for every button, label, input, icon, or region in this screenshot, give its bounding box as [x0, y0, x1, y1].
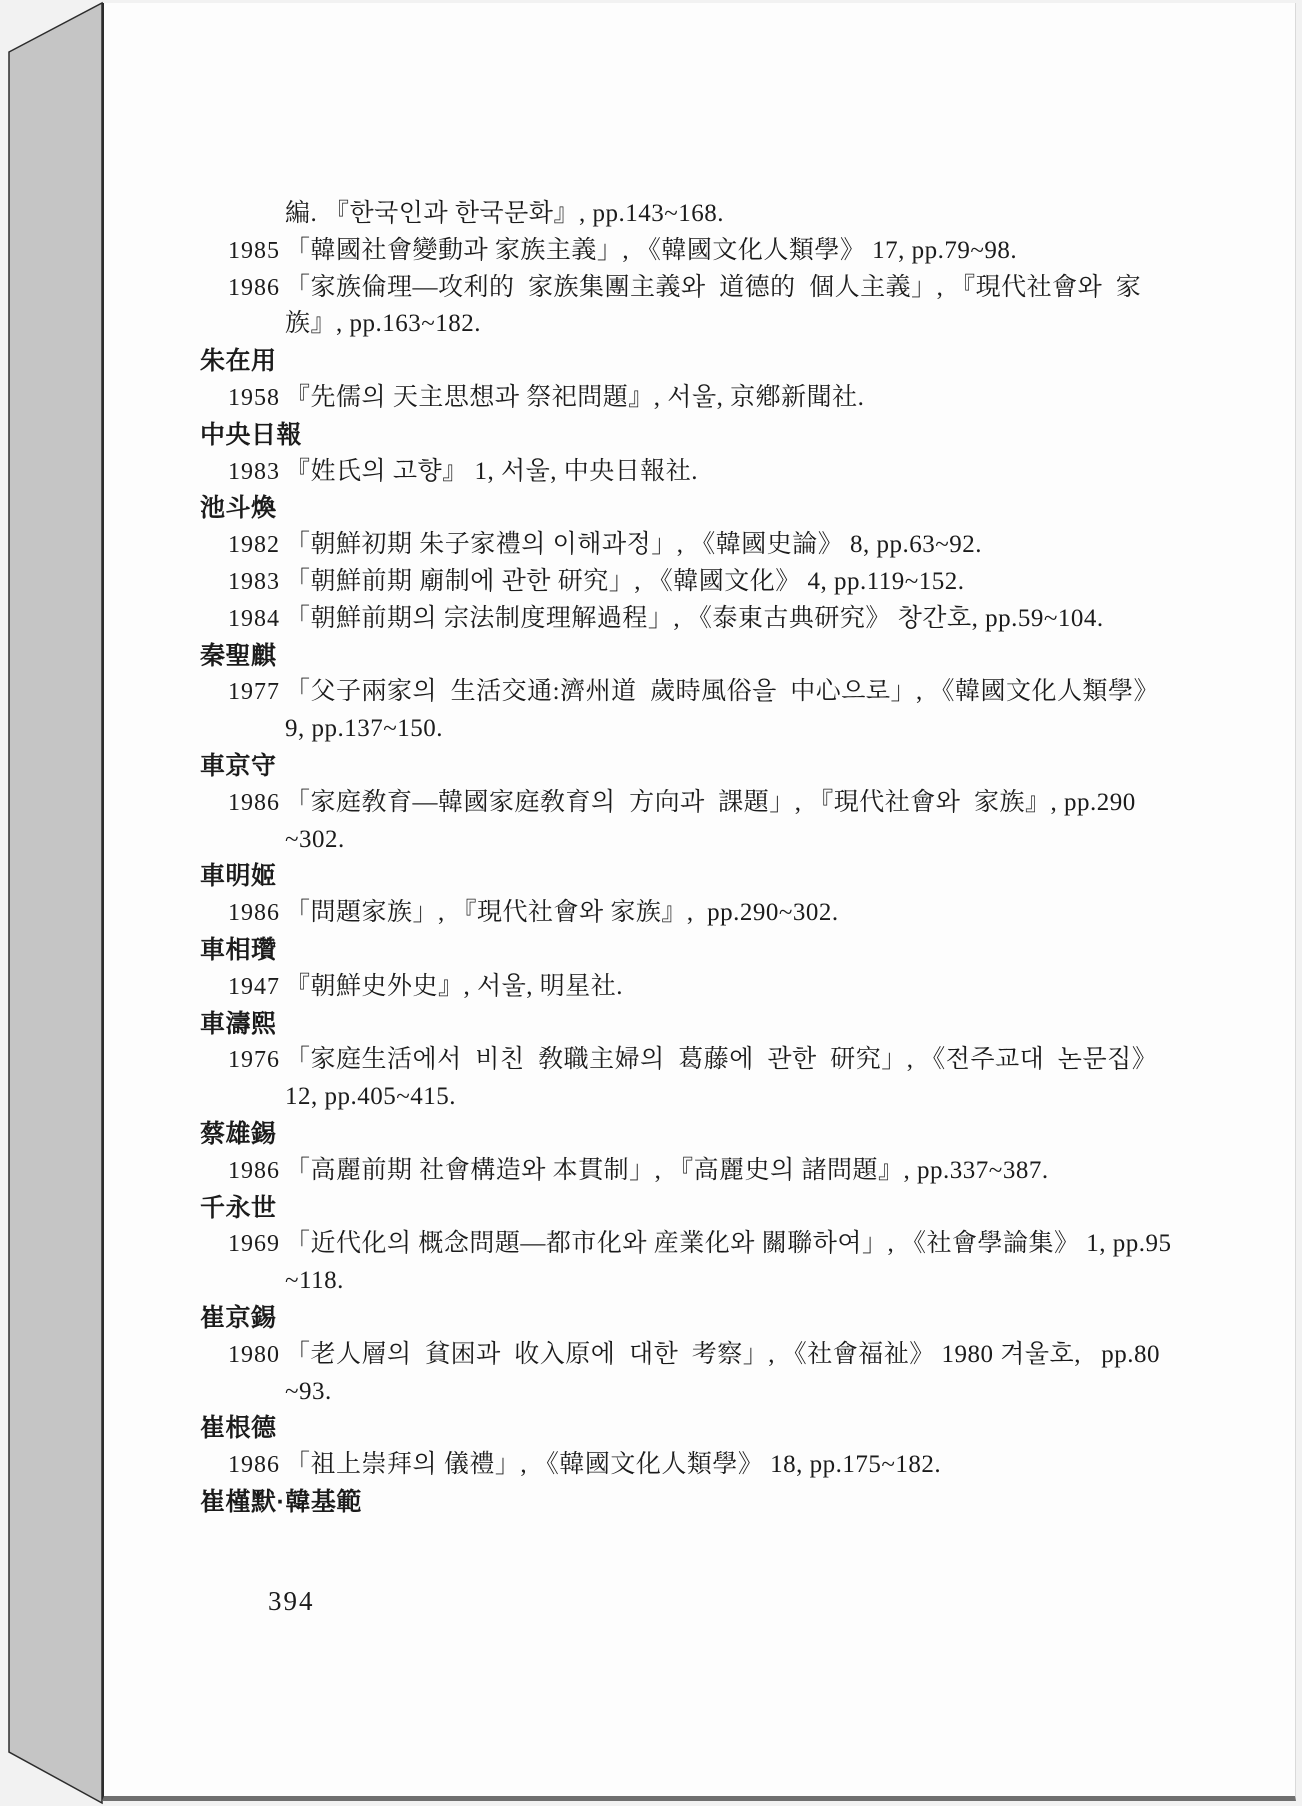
author-section-header: 中央日報: [200, 417, 1210, 454]
author-name: 車濤熙: [200, 1010, 277, 1038]
entry-year: 1958: [228, 380, 285, 417]
entry-year: 1986: [228, 270, 285, 307]
entry-text: 「朝鮮前期 廟制에 관한 研究」, 《韓國文化》 4, pp.119~152.: [285, 568, 965, 595]
bibliography-line: 1983『姓氏의 고향』 1, 서울, 中央日報社.: [200, 454, 1210, 491]
entry-text: 「祖上崇拜의 儀禮」, 《韓國文化人類學》 18, pp.175~182.: [285, 1451, 941, 1478]
entry-year: 1976: [228, 1042, 285, 1079]
author-name: 崔槿默·韓基範: [200, 1488, 362, 1516]
author-section-header: 崔槿默·韓基範: [200, 1484, 1210, 1521]
bibliography-line: ~302.: [200, 822, 1210, 859]
author-name: 蔡雄錫: [200, 1120, 277, 1148]
entry-text-continuation: ~93.: [285, 1378, 332, 1405]
author-name: 中央日報: [200, 421, 302, 449]
entry-text: 『姓氏의 고향』 1, 서울, 中央日報社.: [285, 458, 698, 485]
entry-text: 「老人層의 貧困과 收入原에 대한 考察」, 《社會福祉》 1980 겨울호, …: [285, 1341, 1160, 1368]
entry-year: 1986: [228, 785, 285, 822]
entry-text: 「問題家族」, 『現代社會와 家族』, pp.290~302.: [285, 899, 839, 926]
entry-text-continuation: ~302.: [285, 826, 345, 853]
bibliography-line: 1986「高麗前期 社會構造와 本貫制」, 『高麗史의 諸問題』, pp.337…: [200, 1153, 1210, 1190]
bibliography-line: ~93.: [200, 1374, 1210, 1411]
entry-year: 1986: [228, 1153, 285, 1190]
entry-year: 1980: [228, 1337, 285, 1374]
entry-text-continuation: 編. 『한국인과 한국문화』, pp.143~168.: [285, 200, 724, 227]
entry-year: 1985: [228, 233, 285, 270]
author-section-header: 池斗煥: [200, 490, 1210, 527]
book-page: 編. 『한국인과 한국문화』, pp.143~168.1985「韓國社會變動과 …: [102, 3, 1296, 1801]
author-name: 車相瓚: [200, 936, 277, 964]
entry-text: 「家庭生活에서 비친 敎職主婦의 葛藤에 관한 研究」, 《전주교대 논문집》: [285, 1046, 1157, 1073]
bibliography-lines: 編. 『한국인과 한국문화』, pp.143~168.1985「韓國社會變動과 …: [200, 196, 1210, 1521]
bibliography-line: 1986「家庭敎育—韓國家庭敎育의 方向과 課題」, 『現代社會와 家族』, p…: [200, 785, 1210, 822]
entry-text: 『先儒의 天主思想과 祭祀問題』, 서울, 京鄕新聞社.: [285, 384, 864, 411]
entry-text: 「高麗前期 社會構造와 本貫制」, 『高麗史의 諸問題』, pp.337~387…: [285, 1157, 1049, 1184]
entry-year: 1947: [228, 969, 285, 1006]
bibliography-line: 族』, pp.163~182.: [200, 306, 1210, 343]
author-name: 朱在用: [200, 347, 277, 375]
bibliography-line: 1969「近代化의 概念問題—都市化와 産業化와 關聯하여」, 《社會學論集》 …: [200, 1226, 1210, 1263]
entry-text: 「朝鮮初期 朱子家禮의 이해과정」, 《韓國史論》 8, pp.63~92.: [285, 531, 982, 558]
entry-year: 1983: [228, 454, 285, 491]
entry-text-continuation: ~118.: [285, 1267, 344, 1294]
author-section-header: 崔根德: [200, 1410, 1210, 1447]
author-section-header: 車濤熙: [200, 1006, 1210, 1043]
bibliography-line: 1976「家庭生活에서 비친 敎職主婦의 葛藤에 관한 研究」, 《전주교대 논…: [200, 1042, 1210, 1079]
bibliography-line: 1986「家族倫理—攻利的 家族集團主義와 道德的 個人主義」, 『現代社會와 …: [200, 270, 1210, 307]
entry-text-continuation: 族』, pp.163~182.: [285, 310, 481, 337]
entry-year: 1984: [228, 601, 285, 638]
entry-year: 1983: [228, 564, 285, 601]
author-section-header: 蔡雄錫: [200, 1116, 1210, 1153]
author-name: 崔根德: [200, 1414, 277, 1442]
bibliography-line: 1983「朝鮮前期 廟制에 관한 研究」, 《韓國文化》 4, pp.119~1…: [200, 564, 1210, 601]
author-section-header: 崔京錫: [200, 1300, 1210, 1337]
bibliography-line: 1986「問題家族」, 『現代社會와 家族』, pp.290~302.: [200, 895, 1210, 932]
author-section-header: 車相瓚: [200, 932, 1210, 969]
entry-year: 1969: [228, 1226, 285, 1263]
entry-year: 1977: [228, 674, 285, 711]
page-number: 394: [268, 1586, 315, 1617]
author-section-header: 車京守: [200, 748, 1210, 785]
bibliography-line: 1958『先儒의 天主思想과 祭祀問題』, 서울, 京鄕新聞社.: [200, 380, 1210, 417]
entry-text: 『朝鮮史外史』, 서울, 明星社.: [285, 973, 623, 1000]
entry-year: 1986: [228, 1447, 285, 1484]
entry-text: 「家庭敎育—韓國家庭敎育의 方向과 課題」, 『現代社會와 家族』, pp.29…: [285, 789, 1136, 816]
bibliography-line: 12, pp.405~415.: [200, 1079, 1210, 1116]
bibliography-line: 1986「祖上崇拜의 儀禮」, 《韓國文化人類學》 18, pp.175~182…: [200, 1447, 1210, 1484]
book-page-scan: 編. 『한국인과 한국문화』, pp.143~168.1985「韓國社會變動과 …: [0, 0, 1302, 1806]
bibliography-line: 1980「老人層의 貧困과 收入原에 대한 考察」, 《社會福祉》 1980 겨…: [200, 1337, 1210, 1374]
page-stack-edge: [9, 3, 102, 1803]
entry-text-continuation: 9, pp.137~150.: [285, 715, 443, 742]
entry-text-continuation: 12, pp.405~415.: [285, 1083, 456, 1110]
author-section-header: 朱在用: [200, 343, 1210, 380]
entry-text: 「近代化의 概念問題—都市化와 産業化와 關聯하여」, 《社會學論集》 1, p…: [285, 1230, 1172, 1257]
entry-text: 「韓國社會變動과 家族主義」, 《韓國文化人類學》 17, pp.79~98.: [285, 237, 1017, 264]
author-name: 崔京錫: [200, 1304, 277, 1332]
author-name: 池斗煥: [200, 494, 277, 522]
entry-text: 「父子兩家의 生活交通:濟州道 歲時風俗을 中心으로」, 《韓國文化人類學》: [285, 678, 1159, 705]
bibliography-line: 1947『朝鮮史外史』, 서울, 明星社.: [200, 969, 1210, 1006]
bibliography-line: 1984「朝鮮前期의 宗法制度理解過程」, 《泰東古典研究》 창간호, pp.5…: [200, 601, 1210, 638]
author-name: 車京守: [200, 752, 277, 780]
entry-text: 「朝鮮前期의 宗法制度理解過程」, 《泰東古典研究》 창간호, pp.59~10…: [285, 605, 1104, 632]
bibliography-line: 編. 『한국인과 한국문화』, pp.143~168.: [200, 196, 1210, 233]
author-name: 千永世: [200, 1194, 277, 1222]
bibliography-line: ~118.: [200, 1263, 1210, 1300]
bibliography-line: 1982「朝鮮初期 朱子家禮의 이해과정」, 《韓國史論》 8, pp.63~9…: [200, 527, 1210, 564]
author-section-header: 千永世: [200, 1190, 1210, 1227]
bibliography-line: 9, pp.137~150.: [200, 711, 1210, 748]
author-section-header: 秦聖麒: [200, 638, 1210, 675]
bibliography-line: 1977「父子兩家의 生活交通:濟州道 歲時風俗을 中心으로」, 《韓國文化人類…: [200, 674, 1210, 711]
author-name: 秦聖麒: [200, 642, 277, 670]
bibliography-line: 1985「韓國社會變動과 家族主義」, 《韓國文化人類學》 17, pp.79~…: [200, 233, 1210, 270]
entry-year: 1986: [228, 895, 285, 932]
entry-year: 1982: [228, 527, 285, 564]
author-section-header: 車明姬: [200, 858, 1210, 895]
author-name: 車明姬: [200, 862, 277, 890]
entry-text: 「家族倫理—攻利的 家族集團主義와 道德的 個人主義」, 『現代社會와 家: [285, 274, 1141, 301]
